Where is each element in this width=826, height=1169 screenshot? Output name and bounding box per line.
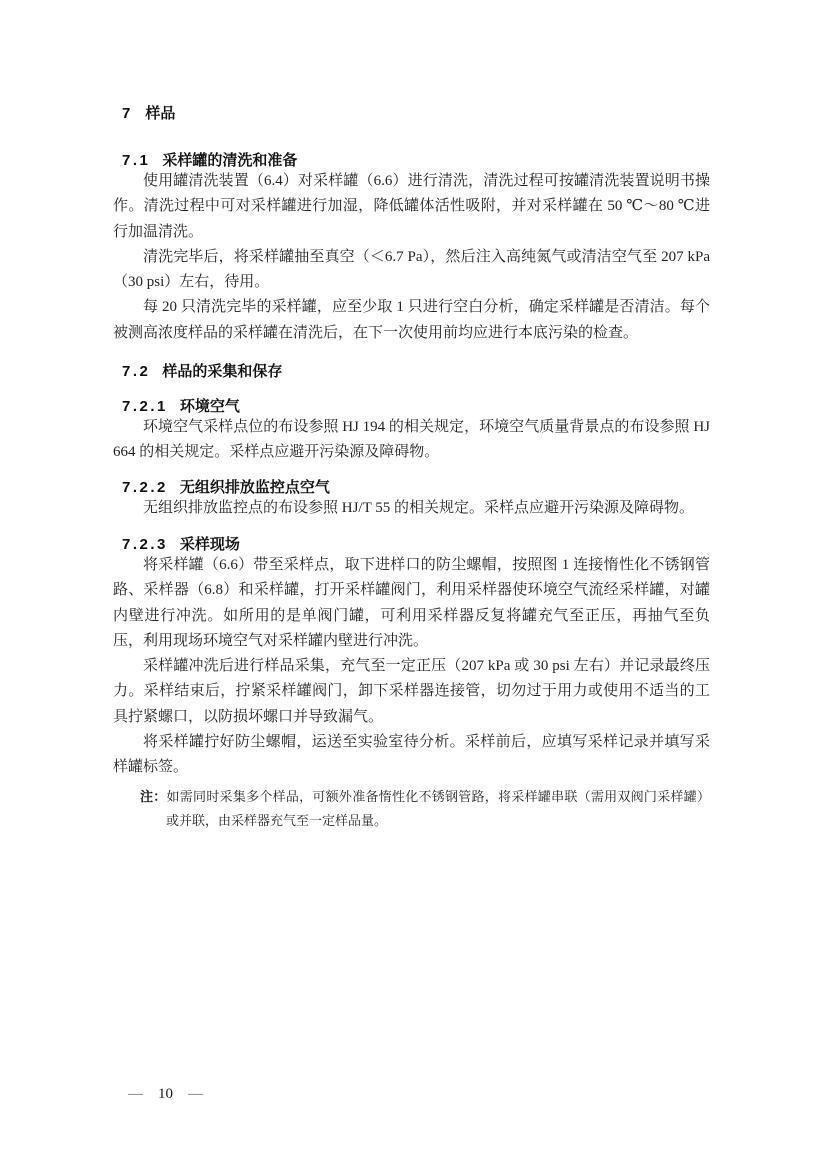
section-7-2-1-heading: 7.2.1环境空气 xyxy=(122,398,710,415)
section-7-2-heading: 7.2样品的采集和保存 xyxy=(122,363,710,380)
footer-left-dash: — xyxy=(128,1086,143,1103)
section-7-number: 7 xyxy=(122,105,130,122)
section-7-heading: 7样品 xyxy=(122,105,710,122)
section-7-2-2-title: 无组织排放监控点空气 xyxy=(180,479,330,496)
section-7-2-2-heading: 7.2.2无组织排放监控点空气 xyxy=(122,479,710,496)
section-7-2-3-number: 7.2.3 xyxy=(122,536,168,553)
document-page: 7样品 7.1采样罐的清洗和准备 使用罐清洗装置（6.4）对采样罐（6.6）进行… xyxy=(0,0,826,1169)
section-7-2-1-paragraph-1: 环境空气采样点位的布设参照 HJ 194 的相关规定，环境空气质量背景点的布设参… xyxy=(113,415,710,466)
document-content: 7样品 7.1采样罐的清洗和准备 使用罐清洗装置（6.4）对采样罐（6.6）进行… xyxy=(113,105,710,833)
note-text: 如需同时采集多个样品，可额外准备惰性化不锈钢管路，将采样罐串联（需用双阀门采样罐… xyxy=(166,789,710,828)
section-7-2-2-paragraph-1: 无组织排放监控点的布设参照 HJ/T 55 的相关规定。采样点应避开污染源及障碍… xyxy=(113,496,710,521)
section-7-title: 样品 xyxy=(145,105,175,122)
page-footer: — 10 — xyxy=(128,1086,203,1103)
section-7-2-1-number: 7.2.1 xyxy=(122,398,168,415)
note-label: 注： xyxy=(140,789,167,804)
section-7-2-3-heading: 7.2.3采样现场 xyxy=(122,536,710,553)
section-7-1-title: 采样罐的清洗和准备 xyxy=(162,152,297,169)
page-number: 10 xyxy=(158,1086,173,1103)
note-block: 注：如需同时采集多个样品，可额外准备惰性化不锈钢管路，将采样罐串联（需用双阀门采… xyxy=(140,785,710,833)
section-7-2-title: 样品的采集和保存 xyxy=(162,363,282,380)
section-7-1-paragraph-3: 每 20 只清洗完毕的采样罐，应至少取 1 只进行空白分析，确定采样罐是否清洁。… xyxy=(113,295,710,346)
section-7-2-3-title: 采样现场 xyxy=(180,536,240,553)
section-7-1-paragraph-1: 使用罐清洗装置（6.4）对采样罐（6.6）进行清洗，清洗过程可按罐清洗装置说明书… xyxy=(113,169,710,245)
section-7-1-heading: 7.1采样罐的清洗和准备 xyxy=(122,152,710,169)
section-7-1-paragraph-2: 清洗完毕后，将采样罐抽至真空（＜6.7 Pa），然后注入高纯氮气或清洁空气至 2… xyxy=(113,245,710,296)
section-7-2-3-paragraph-1: 将采样罐（6.6）带至采样点，取下进样口的防尘螺帽，按照图 1 连接惰性化不锈钢… xyxy=(113,553,710,654)
section-7-1-number: 7.1 xyxy=(122,152,150,169)
footer-right-dash: — xyxy=(188,1086,203,1103)
section-7-2-3-paragraph-2: 采样罐冲洗后进行样品采集，充气至一定正压（207 kPa 或 30 psi 左右… xyxy=(113,654,710,730)
section-7-2-number: 7.2 xyxy=(122,363,150,380)
section-7-2-3-paragraph-3: 将采样罐拧好防尘螺帽，运送至实验室待分析。采样前后，应填写采样记录并填写采样罐标… xyxy=(113,730,710,781)
section-7-2-1-title: 环境空气 xyxy=(180,398,240,415)
section-7-2-2-number: 7.2.2 xyxy=(122,479,168,496)
